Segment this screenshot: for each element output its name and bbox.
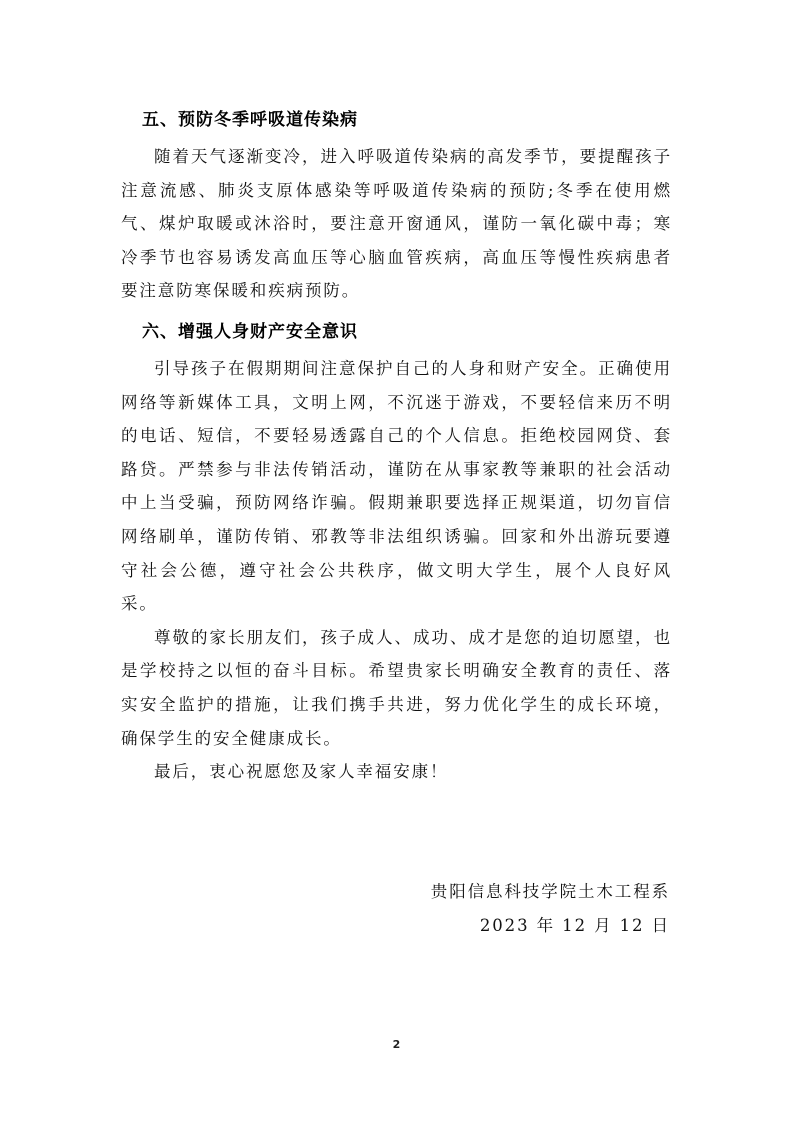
signature-date: 2023 年 12 月 12 日	[121, 909, 672, 943]
section-5-paragraph: 随着天气逐渐变冷，进入呼吸道传染病的高发季节，要提醒孩子注意流感、肺炎支原体感染…	[121, 140, 672, 308]
section-heading-6: 六、增强人身财产安全意识	[142, 318, 672, 346]
document-page: 五、预防冬季呼吸道传染病 随着天气逐渐变冷，进入呼吸道传染病的高发季节，要提醒孩…	[0, 0, 793, 1122]
closing-paragraph: 尊敬的家长朋友们，孩子成人、成功、成才是您的迫切愿望，也是学校持之以恒的奋斗目标…	[121, 621, 672, 755]
page-number: 2	[0, 1038, 793, 1051]
section-heading-5: 五、预防冬季呼吸道传染病	[142, 106, 672, 134]
document-body: 五、预防冬季呼吸道传染病 随着天气逐渐变冷，进入呼吸道传染病的高发季节，要提醒孩…	[121, 106, 672, 943]
wishes-line: 最后，衷心祝愿您及家人幸福安康！	[121, 755, 672, 789]
spacer	[121, 789, 672, 875]
signature-organization: 贵阳信息科技学院土木工程系	[121, 875, 672, 909]
section-6-paragraph: 引导孩子在假期期间注意保护自己的人身和财产安全。正确使用网络等新媒体工具，文明上…	[121, 352, 672, 621]
